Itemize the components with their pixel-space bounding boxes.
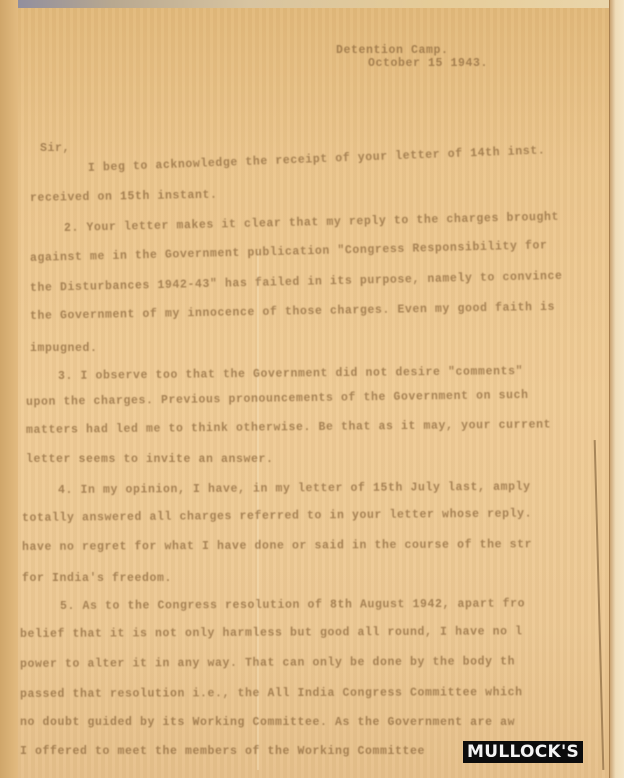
letter-line: passed that resolution i.e., the All Ind… <box>20 686 523 701</box>
paper-left-edge <box>0 0 18 778</box>
auction-house-watermark: MULLOCK'S <box>463 741 583 763</box>
letter-line: impugned. <box>30 342 98 355</box>
letter-place: Detention Camp. <box>336 44 449 57</box>
letter-date: October 15 1943. <box>368 57 488 70</box>
letter-line: letter seems to invite an answer. <box>26 453 274 466</box>
letter-line: for India's freedom. <box>22 572 172 585</box>
letter-line: I offered to meet the members of the Wor… <box>20 745 425 758</box>
letter-line: power to alter it in any way. That can o… <box>20 655 515 671</box>
letter-salutation: Sir, <box>40 142 70 155</box>
letter-line: belief that it is not only harmless but … <box>20 625 523 641</box>
paper-right-edge <box>609 0 624 778</box>
letter-line: no doubt guided by its Working Committee… <box>20 716 515 729</box>
letter-line: have no regret for what I have done or s… <box>22 538 532 554</box>
letter-line: 5. As to the Congress resolution of 8th … <box>60 598 525 613</box>
